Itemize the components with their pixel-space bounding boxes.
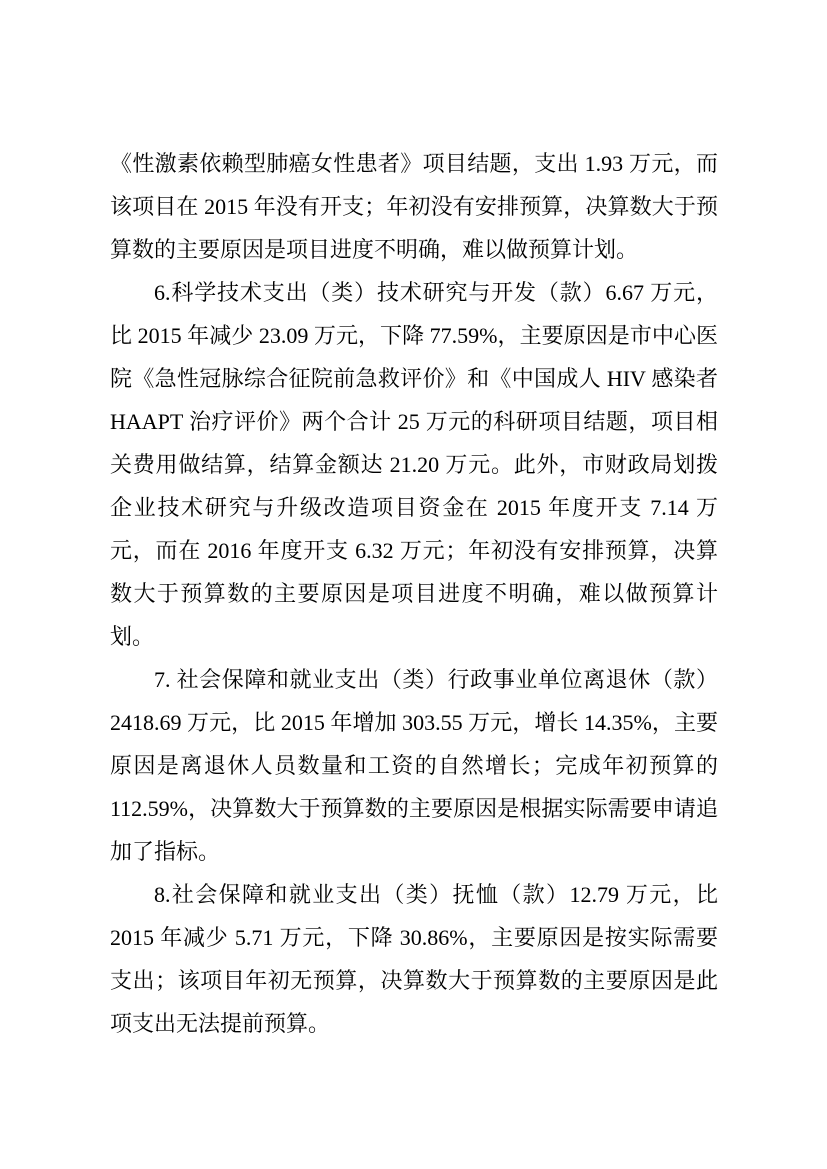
document-page: 《性激素依赖型肺癌女性患者》项目结题，支出 1.93 万元，而该项目在 2015…	[0, 0, 827, 1169]
paragraph-continuation: 《性激素依赖型肺癌女性患者》项目结题，支出 1.93 万元，而该项目在 2015…	[110, 142, 718, 271]
paragraph-item-7: 7. 社会保障和就业支出（类）行政事业单位离退休（款）2418.69 万元，比 …	[110, 658, 718, 873]
paragraph-item-8: 8.社会保障和就业支出（类）抚恤（款）12.79 万元，比 2015 年减少 5…	[110, 873, 718, 1045]
paragraph-item-6: 6.科学技术支出（类）技术研究与开发（款）6.67 万元，比 2015 年减少 …	[110, 271, 718, 658]
document-text-block: 《性激素依赖型肺癌女性患者》项目结题，支出 1.93 万元，而该项目在 2015…	[110, 142, 718, 1045]
